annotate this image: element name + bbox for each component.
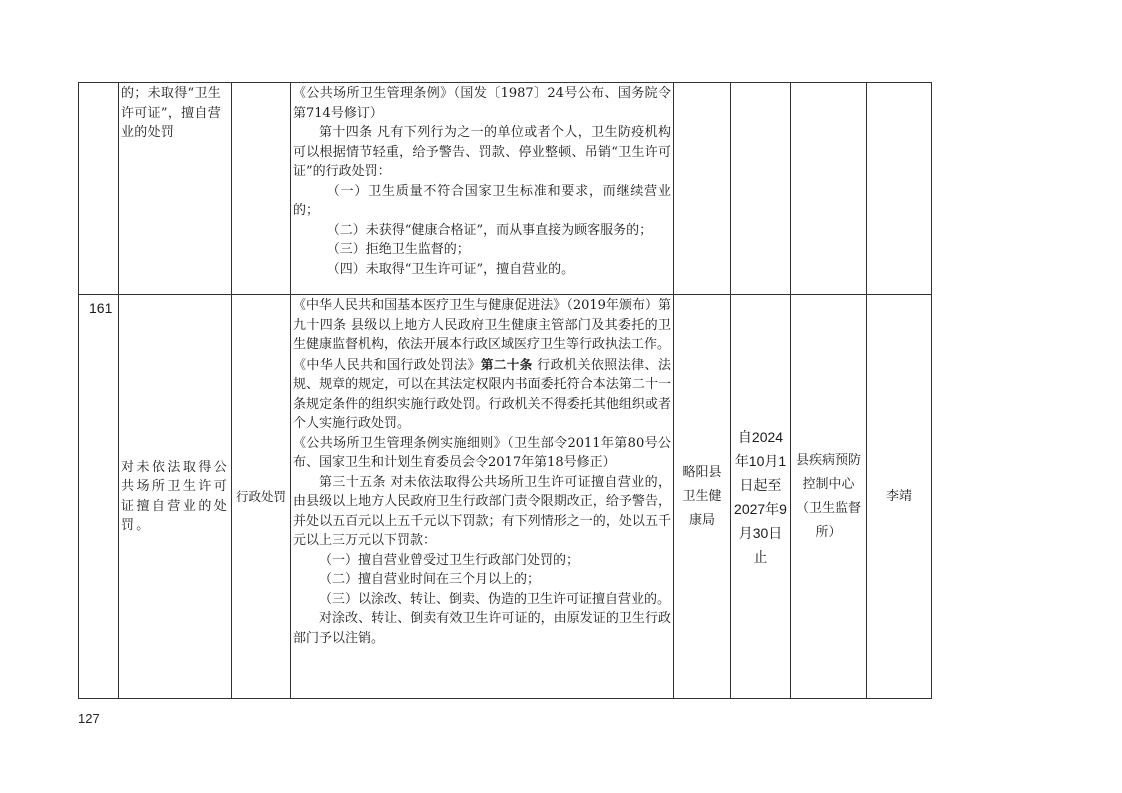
cell-item: 的；未取得“卫生许可证”，擅自营业的处罚 xyxy=(119,83,232,295)
basis-paragraph: 《公共场所卫生管理条例》（国发〔1987〕24号公布、国务院令第714号修订） xyxy=(293,84,671,123)
legal-basis-text: 《中华人民共和国基本医疗卫生与健康促进法》（2019年颁布）第九十四条 县级以上… xyxy=(291,295,673,649)
cell-legal-basis: 《公共场所卫生管理条例》（国发〔1987〕24号公布、国务院令第714号修订） … xyxy=(291,83,674,295)
row-number: 161 xyxy=(79,295,118,319)
cell-period: 自2024年10月1日起至2027年9月30日止 xyxy=(731,295,791,699)
cell-contact xyxy=(867,83,932,295)
entrustment-period: 自2024年10月1日起至2027年9月30日止 xyxy=(731,425,790,569)
basis-paragraph: 《公共场所卫生管理条例实施细则》（卫生部令2011年第80号公布、国家卫生和计划… xyxy=(293,434,671,473)
basis-paragraph: （一）卫生质量不符合国家卫生标准和要求，而继续营业的； xyxy=(293,182,671,221)
basis-paragraph: 《中华人民共和国行政处罚法》第二十条 行政机关依照法律、法规、规章的规定，可以在… xyxy=(293,355,671,434)
entrusting-body: 略阳县卫生健康局 xyxy=(674,461,730,533)
basis-paragraph: 对涂改、转让、倒卖有效卫生许可证的，由原发证的卫生行政部门予以注销。 xyxy=(293,609,671,648)
cell-entrusted-body: 县疾病预防控制中心（卫生监督所） xyxy=(791,295,867,699)
basis-paragraph: 第三十五条 对未依法取得公共场所卫生许可证擅自营业的，由县级以上地方人民政府卫生… xyxy=(293,473,671,551)
document-page: 的；未取得“卫生许可证”，擅自营业的处罚 《公共场所卫生管理条例》（国发〔198… xyxy=(0,0,1122,793)
cell-legal-basis: 《中华人民共和国基本医疗卫生与健康促进法》（2019年颁布）第九十四条 县级以上… xyxy=(291,295,674,699)
page-number: 127 xyxy=(78,711,100,726)
legal-basis-text: 《公共场所卫生管理条例》（国发〔1987〕24号公布、国务院令第714号修订） … xyxy=(291,83,673,280)
cell-number xyxy=(79,83,119,295)
table-row: 161 对未依法取得公共场所卫生许可证擅自营业的处罚。 行政处罚 《中华人民共和… xyxy=(79,295,932,699)
basis-paragraph: 《中华人民共和国基本医疗卫生与健康促进法》（2019年颁布）第九十四条 县级以上… xyxy=(293,296,671,355)
basis-paragraph: （三）以涂改、转让、倒卖、伪造的卫生许可证擅自营业的。 xyxy=(293,590,671,610)
basis-paragraph: （四）未取得“卫生许可证”，擅自营业的。 xyxy=(293,260,671,280)
entrustment-table: 的；未取得“卫生许可证”，擅自营业的处罚 《公共场所卫生管理条例》（国发〔198… xyxy=(78,82,932,699)
cell-number: 161 xyxy=(79,295,119,699)
basis-paragraph: （三）拒绝卫生监督的； xyxy=(293,240,671,260)
contact-person: 李靖 xyxy=(867,487,931,507)
entrusted-body: 县疾病预防控制中心（卫生监督所） xyxy=(791,449,866,545)
table-row: 的；未取得“卫生许可证”，擅自营业的处罚 《公共场所卫生管理条例》（国发〔198… xyxy=(79,83,932,295)
penalty-type: 行政处罚 xyxy=(232,487,290,507)
cell-entrusting-body xyxy=(674,83,731,295)
item-name: 的；未取得“卫生许可证”，擅自营业的处罚 xyxy=(119,83,231,144)
cell-entrusted-body xyxy=(791,83,867,295)
cell-type xyxy=(232,83,291,295)
cell-type: 行政处罚 xyxy=(232,295,291,699)
cell-period xyxy=(731,83,791,295)
cell-entrusting-body: 略阳县卫生健康局 xyxy=(674,295,731,699)
cell-contact: 李靖 xyxy=(867,295,932,699)
basis-paragraph: （二）擅自营业时间在三个月以上的； xyxy=(293,570,671,590)
basis-paragraph: 第十四条 凡有下列行为之一的单位或者个人，卫生防疫机构可以根据情节轻重，给予警告… xyxy=(293,123,671,182)
item-name: 对未依法取得公共场所卫生许可证擅自营业的处罚。 xyxy=(119,457,231,537)
cell-item: 对未依法取得公共场所卫生许可证擅自营业的处罚。 xyxy=(119,295,232,699)
basis-paragraph: （一）擅自营业曾受过卫生行政部门处罚的； xyxy=(293,551,671,571)
article-bold: 第二十条 xyxy=(481,357,533,372)
basis-paragraph: （二）未获得“健康合格证”，而从事直接为顾客服务的； xyxy=(293,221,671,241)
